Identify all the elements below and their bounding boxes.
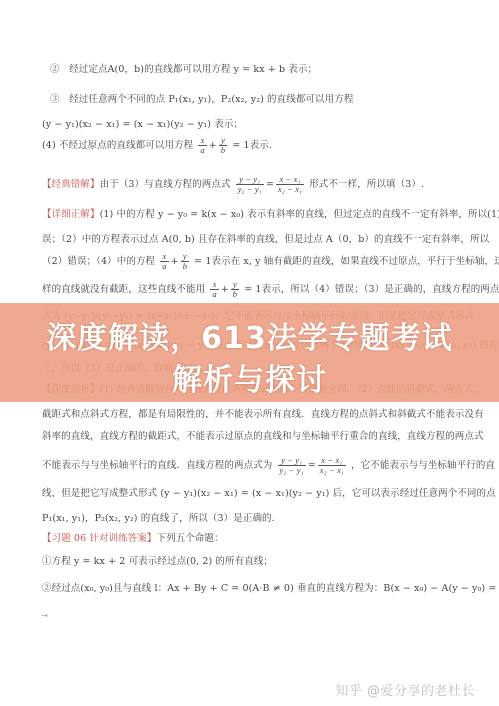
detailed-solution-line-3: （2）错误；（4）中的方程 xa+yb = 1表示在 x, y 轴有截距的直线，… [42,252,469,271]
label-classic-wrong: 【经典错解】 [42,179,100,190]
classic-wrong-answer: 【经典错解】由于（3）与直线方程的两点式 y − y₁y₂ − y₁=x − x… [42,175,469,194]
deep-analysis-line-4: 不能表示与与坐标轴平行的直线．直线方程的两点式为 y − y₁y₂ − y₁=x… [42,456,469,475]
paragraph-end-icon: ⇥ [41,611,48,620]
deep-analysis-line-6: P₁(x₁, y₁)，P₂(x₂, y₂) 的直线了，所以（3）是正确的． [42,512,469,525]
banner-title-line-1: 深度解读，613法学专题考试 [0,313,499,357]
banner-title-line-2: 解析与探讨 [0,355,499,399]
label-exercise-06: 【习题 06 针对训练答案】 [42,533,157,544]
deep-analysis-line-5: 线，但是把它写成整式形式 (y − y₁)(x₂ − x₁) = (x − x₁… [42,487,469,500]
statement-2: ② 经过定点A(0，b)的直线都可以用方程 y = kx + b 表示； [50,63,469,76]
statement-4: (4) 不经过原点的直线都可以用方程 xa+yb = 1表示. [42,136,469,155]
detailed-solution-line-2: 误；（2）中的方程表示过点 A(0, b) 且存在斜率的直线，但是过点 A（0，… [42,233,469,246]
statement-3-equation: (y − y₁)(x₂ − x₁) = (x − x₁)(y₂ − y₁) 表示… [42,118,469,131]
label-detailed-solution: 【详细正解】 [42,209,100,220]
detailed-solution: 【详细正解】(1) 中的方程 y − y₀ = k(x − x₀) 表示有斜率的… [42,208,469,221]
statement-3: ③ 经过任意两个不同的点 P₁(x₁, y₁)，P₂(x₂, y₂) 的直线都可… [50,93,469,106]
exercise-06-header: 【习题 06 针对训练答案】下列五个命题： [42,532,469,545]
document-page: ② 经过定点A(0，b)的直线都可以用方程 y = kx + b 表示； ③ 经… [0,0,499,706]
deep-analysis-line-2: 截距式和点斜式方程，都是有局限性的，并不能表示所有直线．直线方程的点斜式和斜截式… [42,408,469,421]
deep-analysis-line-3: 斜率的直线，直线方程的截距式，不能表示过原点的直线和与坐标轴平行重合的直线，直线… [42,430,469,443]
fraction-x-over-a: xa [198,136,206,155]
fraction-y-over-b: yb [219,136,227,155]
proposition-2: ②经过点(x₀, y₀)且与直线 l：Ax + By + C = 0(A·B ≠… [42,582,469,595]
proposition-1: ①方程 y = kx + 2 可表示经过点(0, 2) 的所有直线； [42,555,469,568]
zhihu-watermark: 知乎 @爱分享的老杜长 [335,680,475,699]
detailed-solution-line-4: 样的直线就没有截距，这些直线不能用 xa+yb = 1表示，所以（4）错误；（3… [42,280,469,299]
